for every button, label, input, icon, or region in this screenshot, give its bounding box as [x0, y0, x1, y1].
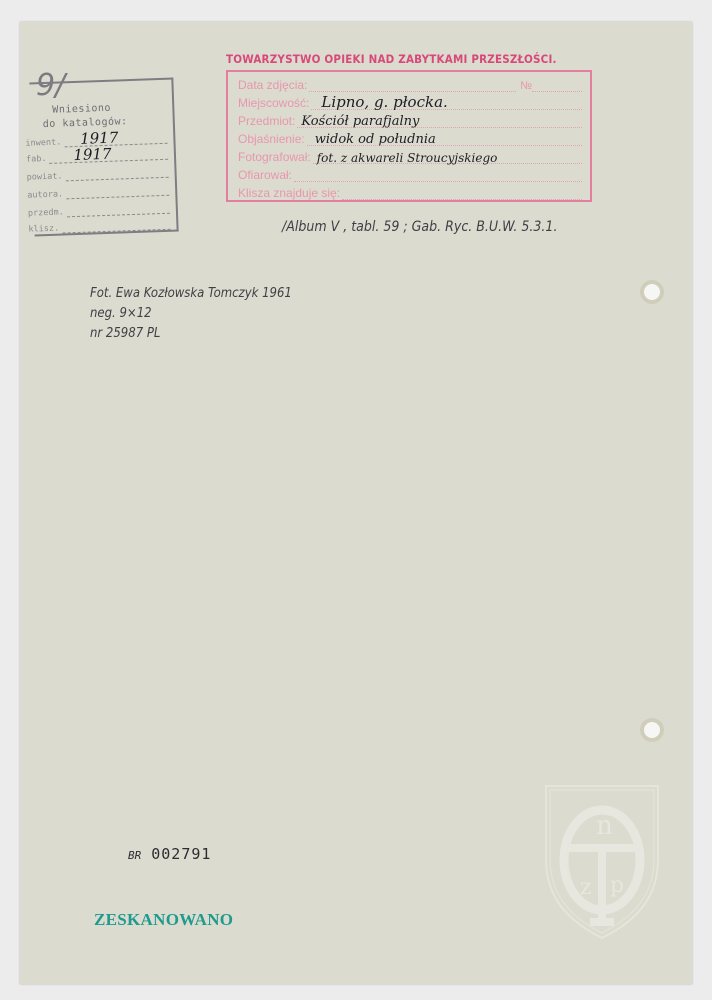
- shield-watermark-icon: n z p: [540, 782, 664, 942]
- photo-notes: Fot. Ewa Kozłowska Tomczyk 1961 neg. 9×1…: [90, 284, 292, 344]
- photo-note-author: Fot. Ewa Kozłowska Tomczyk 1961: [90, 284, 292, 304]
- stamp-number-label: №: [520, 80, 532, 92]
- stamp-label-description: Objaśnienie:: [238, 132, 305, 146]
- br-number: BR002791: [128, 845, 211, 863]
- stamp-row-description: Objaśnienie: widok od południa: [238, 130, 582, 146]
- catalog-row-negatives: klisz.: [28, 216, 170, 235]
- photographer-value: fot. z akwareli Stroucyjskiego: [317, 151, 498, 165]
- catalog-stamp: Wniesiono do katalogów: inwent. 1917 fab…: [29, 78, 178, 237]
- photo-note-number: nr 25987 PL: [90, 324, 292, 344]
- stamp-label-donor: Ofiarował:: [238, 168, 292, 182]
- br-prefix: BR: [128, 849, 141, 862]
- society-stamp-box: Data zdjęcia: № Miejscowość: Lipno, g. p…: [226, 70, 592, 202]
- punch-hole-top: [644, 284, 660, 300]
- society-stamp-title: TOWARZYSTWO OPIEKI NAD ZABYTKAMI PRZESZŁ…: [226, 52, 596, 66]
- svg-text:z: z: [580, 875, 592, 900]
- location-value: Lipno, g. płocka.: [321, 93, 447, 111]
- stamp-field-photographer: fot. z akwareli Stroucyjskiego: [313, 151, 582, 164]
- stamp-field-description: widok od południa: [307, 133, 582, 146]
- subject-value: Kościół parafjalny: [301, 114, 419, 129]
- catalog-row-author: autora.: [27, 182, 169, 201]
- scanned-label: ZESKANOWANO: [94, 910, 233, 930]
- stamp-field-location: Lipno, g. płocka.: [311, 97, 582, 110]
- stamp-label-location: Miejscowość:: [238, 96, 309, 110]
- svg-text:n: n: [596, 811, 613, 841]
- description-value: widok od południa: [315, 132, 436, 147]
- catalog-heading: Wniesiono do katalogów:: [48, 101, 128, 132]
- stamp-row-location: Miejscowość: Lipno, g. płocka.: [238, 94, 582, 110]
- album-note: /Album V , tabl. 59 ; Gab. Ryc. B.U.W. 5…: [282, 219, 557, 235]
- stamp-field-date: [309, 79, 516, 92]
- catalog-row-district: powiat.: [26, 164, 168, 183]
- stamp-field-subject: Kościół parafjalny: [297, 115, 582, 128]
- stamp-field-donor: [294, 169, 582, 182]
- stamp-row-negative: Klisza znajduje się:: [238, 184, 582, 200]
- stamp-label-subject: Przedmiot:: [238, 114, 295, 128]
- stamp-label-date: Data zdjęcia:: [238, 78, 307, 92]
- stamp-row-photographer: Fotografował: fot. z akwareli Stroucyjsk…: [238, 148, 582, 164]
- svg-text:p: p: [610, 873, 624, 898]
- stamp-field-negative: [342, 187, 582, 200]
- fab-value: 1917: [73, 145, 112, 164]
- punch-hole-bottom: [644, 722, 660, 738]
- stamp-number-field: [532, 79, 582, 92]
- stamp-row-date: Data zdjęcia: №: [238, 76, 582, 92]
- br-digits: 002791: [151, 845, 211, 863]
- stamp-label-negative: Klisza znajduje się:: [238, 186, 340, 200]
- catalog-row-fab: fab. 1917: [26, 146, 168, 165]
- archive-card: TOWARZYSTWO OPIEKI NAD ZABYTKAMI PRZESZŁ…: [20, 22, 692, 984]
- photo-note-negative: neg. 9×12: [90, 304, 292, 324]
- stamp-row-donor: Ofiarował:: [238, 166, 582, 182]
- stamp-label-photographer: Fotografował:: [238, 150, 311, 164]
- stamp-row-subject: Przedmiot: Kościół parafjalny: [238, 112, 582, 128]
